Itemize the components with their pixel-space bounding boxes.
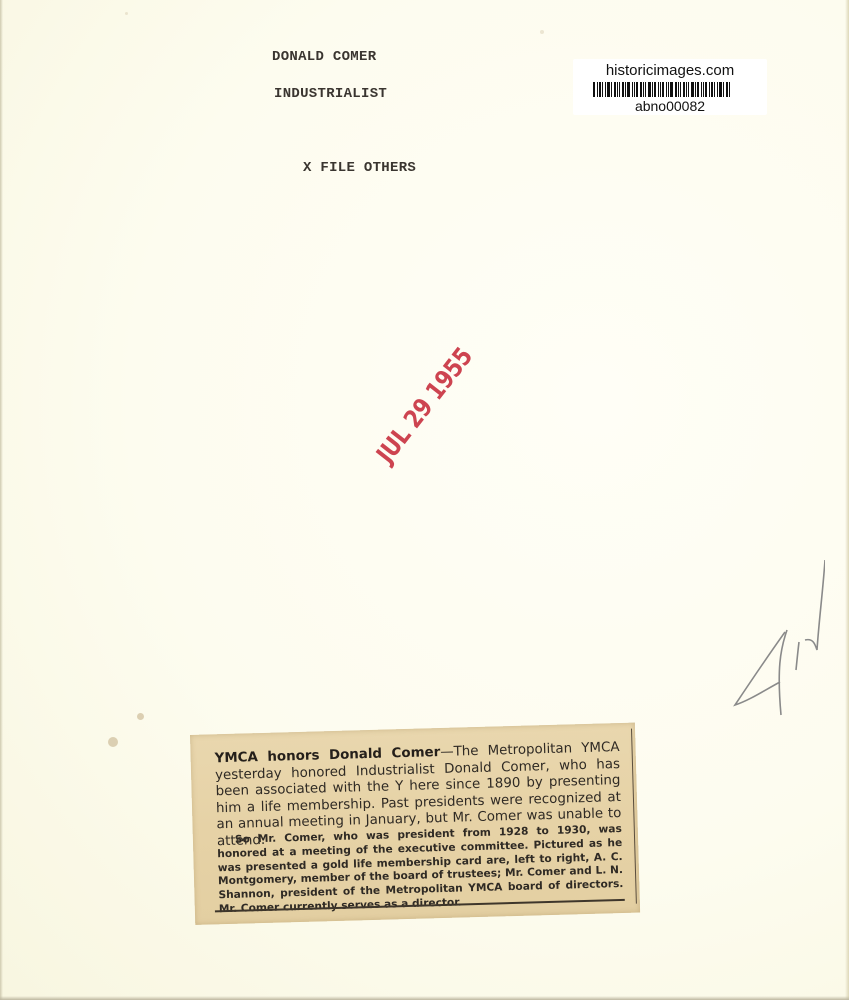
barcode-bar xyxy=(611,82,612,97)
label-site-name: historicimages.com xyxy=(573,62,767,79)
barcode-bar xyxy=(602,82,603,97)
label-item-code: abno00082 xyxy=(573,98,767,114)
clipping-body-paragraph: So Mr. Comer, who was president from 192… xyxy=(217,823,624,917)
barcode-bar xyxy=(723,82,724,97)
foxing-spot xyxy=(108,737,118,747)
barcode-bar xyxy=(701,82,702,97)
newspaper-clipping: YMCA honors Donald Comer—The Metropolita… xyxy=(190,723,640,925)
barcode-bar xyxy=(678,82,679,97)
barcode-bar xyxy=(717,82,718,97)
barcode-bar xyxy=(648,82,651,97)
barcode-bar xyxy=(627,82,630,97)
barcode-bar xyxy=(691,82,694,97)
barcode-bar xyxy=(695,82,696,97)
barcode-bar xyxy=(634,82,635,97)
paper-right-edge xyxy=(845,0,849,1000)
barcode-bar xyxy=(726,82,728,97)
barcode-bar xyxy=(705,82,707,97)
barcode-bar xyxy=(683,82,685,97)
barcode-bar xyxy=(709,82,710,97)
barcode-bar xyxy=(599,82,601,97)
barcode-bar xyxy=(625,82,626,97)
barcode-bar xyxy=(614,82,616,97)
barcode-bar xyxy=(619,82,620,97)
typed-file-note: X FILE OTHERS xyxy=(303,160,416,176)
barcode-bar xyxy=(652,82,653,97)
paper-bottom-edge xyxy=(0,996,849,1000)
barcode-bar xyxy=(670,82,673,97)
paper-left-edge xyxy=(0,0,3,1000)
date-stamp-text: JUL 29 1955 xyxy=(371,342,479,468)
typed-occupation: INDUSTRIALIST xyxy=(274,86,387,102)
foxing-spot xyxy=(540,30,544,34)
archive-label: historicimages.com abno00082 xyxy=(573,59,767,115)
barcode-bar xyxy=(593,82,595,97)
barcode-bar xyxy=(668,82,669,97)
barcode-bar xyxy=(666,82,667,97)
barcode-bar xyxy=(636,82,638,97)
barcode-bar xyxy=(597,82,598,97)
barcode-bar xyxy=(711,82,713,97)
barcode-bar xyxy=(686,82,687,97)
barcode-bar xyxy=(654,82,656,97)
barcode-bar xyxy=(645,82,646,97)
foxing-spot xyxy=(137,713,144,720)
barcode-bar xyxy=(688,82,689,97)
barcode-bar xyxy=(714,82,715,97)
barcode-bar xyxy=(617,82,618,97)
barcode-bar xyxy=(703,82,704,97)
barcode-bar xyxy=(643,82,644,97)
handwritten-mark-icon xyxy=(725,560,825,730)
foxing-spot xyxy=(125,12,128,15)
barcode-bar xyxy=(622,82,624,97)
photo-back-paper: DONALD COMER INDUSTRIALIST X FILE OTHERS… xyxy=(0,0,849,1000)
barcode-bar xyxy=(680,82,681,97)
barcode-bar xyxy=(605,82,606,97)
column-rule xyxy=(631,729,637,904)
barcode-bar xyxy=(658,82,659,97)
barcode-bar xyxy=(607,82,610,97)
barcode-bar xyxy=(697,82,699,97)
barcode-bar xyxy=(675,82,677,97)
typed-subject-name: DONALD COMER xyxy=(272,49,376,65)
barcode-bar xyxy=(640,82,642,97)
barcode-bar xyxy=(632,82,633,97)
barcode-icon xyxy=(593,82,743,97)
barcode-bar xyxy=(662,82,664,97)
barcode-bar xyxy=(660,82,661,97)
barcode-bar xyxy=(719,82,722,97)
barcode-bar xyxy=(729,82,730,97)
